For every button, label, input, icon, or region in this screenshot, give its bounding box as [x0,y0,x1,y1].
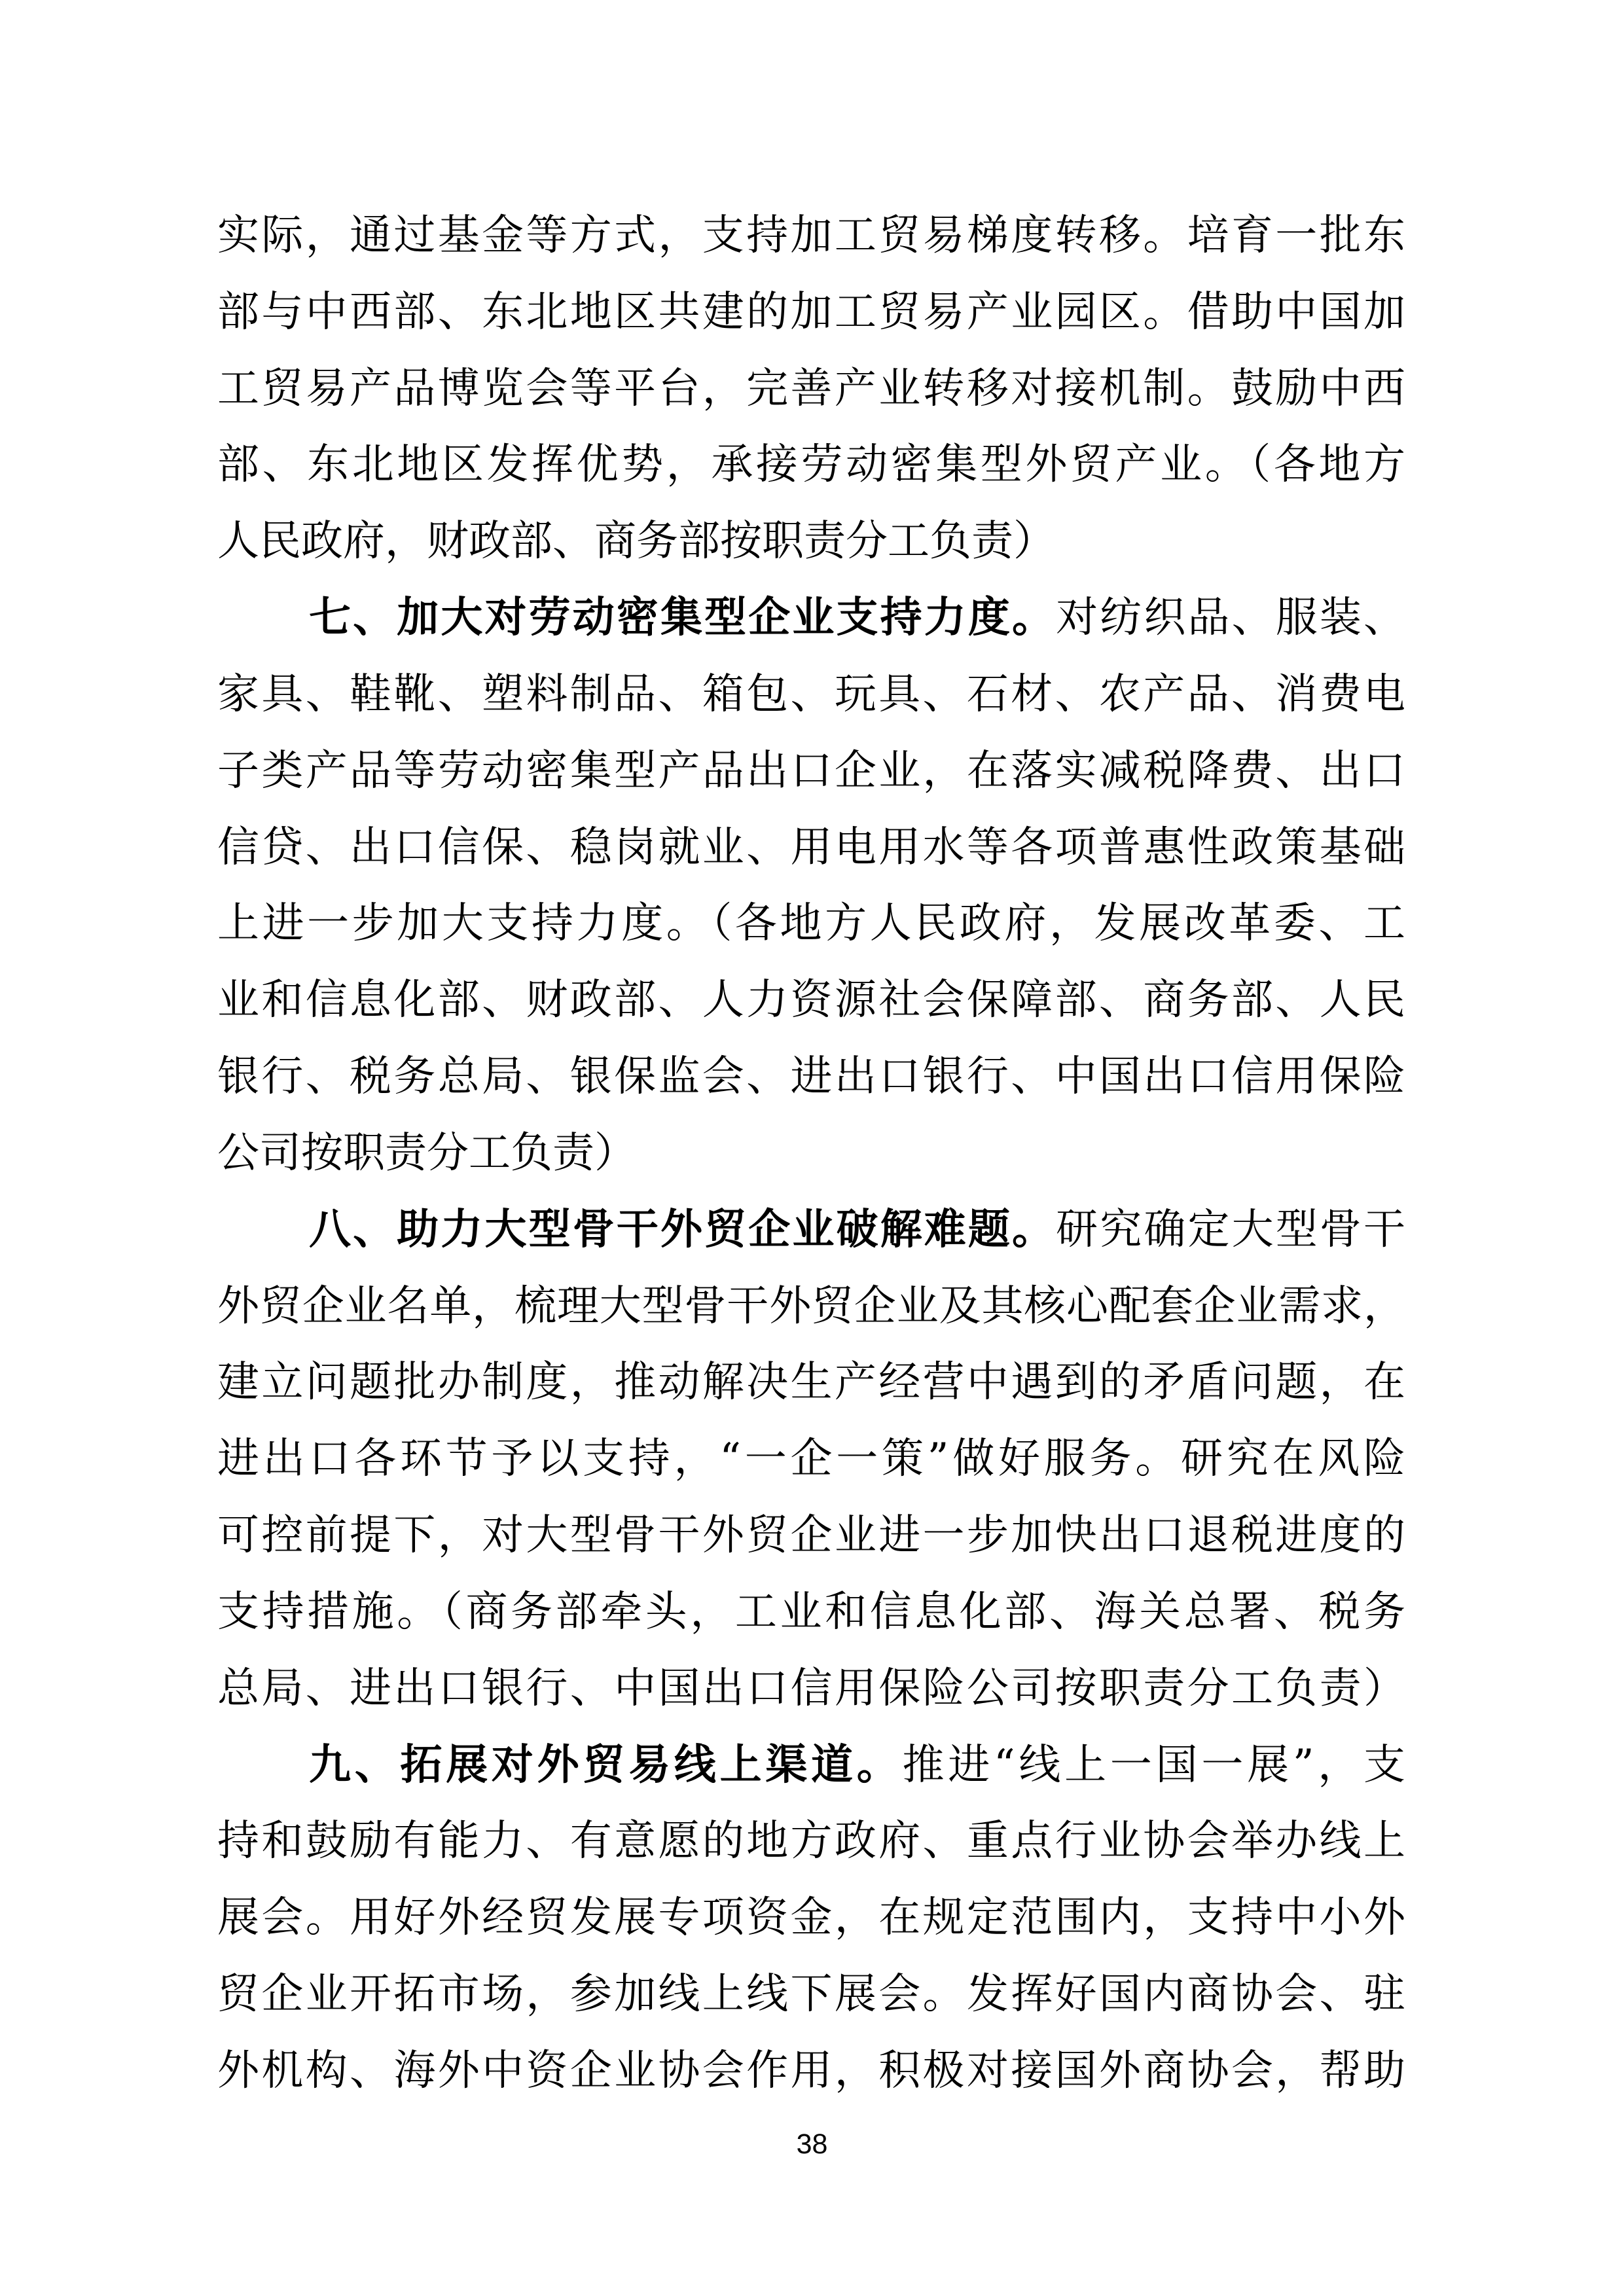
text-line: 总局、进出口银行、中国出口信用保险公司按职责分工负责） [217,1651,1405,1727]
text-line: 八、助力大型骨干外贸企业破解难题。研究确定大型骨干 [217,1192,1405,1268]
text-line: 支持措施。（商务部牵头，工业和信息化部、海关总署、税务 [217,1574,1405,1651]
text-line: 七、加大对劳动密集型企业支持力度。对纺织品、服装、 [217,580,1405,656]
text-line: 子类产品等劳动密集型产品出口企业，在落实减税降费、出口 [217,733,1405,810]
text-line: 外贸企业名单，梳理大型骨干外贸企业及其核心配套企业需求， [217,1268,1405,1345]
text-line: 家具、鞋靴、塑料制品、箱包、玩具、石材、农产品、消费电 [217,656,1405,733]
text-line: 业和信息化部、财政部、人力资源社会保障部、商务部、人民 [217,962,1405,1039]
text-line: 可控前提下，对大型骨干外贸企业进一步加快出口退税进度的 [217,1498,1405,1574]
text-line: 部、东北地区发挥优势，承接劳动密集型外贸产业。（各地方 [217,427,1405,503]
text-line: 进出口各环节予以支持，“一企一策”做好服务。研究在风险 [217,1421,1405,1498]
text-line: 展会。用好外经贸发展专项资金，在规定范围内，支持中小外 [217,1880,1405,1956]
text-line: 九、拓展对外贸易线上渠道。推进“线上一国一展”，支 [217,1727,1405,1804]
text-line: 信贷、出口信保、稳岗就业、用电用水等各项普惠性政策基础 [217,810,1405,886]
text-line: 银行、税务总局、银保监会、进出口银行、中国出口信用保险 [217,1039,1405,1115]
paragraph-heading-rest: 对纺织品、服装、 [1056,594,1405,642]
text-line: 部与中西部、东北地区共建的加工贸易产业园区。借助中国加 [217,274,1405,351]
paragraph-item-7: 七、加大对劳动密集型企业支持力度。对纺织品、服装、 家具、鞋靴、塑料制品、箱包、… [217,580,1405,1192]
text-line: 建立问题批办制度，推动解决生产经营中遇到的矛盾问题，在 [217,1344,1405,1421]
paragraph-heading-rest: 研究确定大型骨干 [1056,1206,1405,1254]
text-line: 人民政府，财政部、商务部按职责分工负责） [217,503,1405,580]
text-line: 上进一步加大支持力度。（各地方人民政府，发展改革委、工 [217,886,1405,962]
text-line: 外机构、海外中资企业协会作用，积极对接国外商协会，帮助 [217,2033,1405,2109]
text-line: 贸企业开拓市场，参加线上线下展会。发挥好国内商协会、驻 [217,1956,1405,2033]
text-line: 工贸易产品博览会等平台，完善产业转移对接机制。鼓励中西 [217,351,1405,427]
text-line: 持和鼓励有能力、有意愿的地方政府、重点行业协会举办线上 [217,1803,1405,1880]
paragraph-continuation: 实际，通过基金等方式，支持加工贸易梯度转移。培育一批东 部与中西部、东北地区共建… [217,198,1405,580]
text-block: 实际，通过基金等方式，支持加工贸易梯度转移。培育一批东 部与中西部、东北地区共建… [217,198,1405,2109]
paragraph-item-9: 九、拓展对外贸易线上渠道。推进“线上一国一展”，支 持和鼓励有能力、有意愿的地方… [217,1727,1405,2109]
page-number: 38 [0,2129,1624,2160]
paragraph-heading: 七、加大对劳动密集型企业支持力度。 [309,593,1056,642]
text-line: 实际，通过基金等方式，支持加工贸易梯度转移。培育一批东 [217,198,1405,274]
text-line: 公司按职责分工负责） [217,1115,1405,1192]
document-page: 实际，通过基金等方式，支持加工贸易梯度转移。培育一批东 部与中西部、东北地区共建… [0,0,1624,2296]
paragraph-heading-rest: 推进“线上一国一展”，支 [903,1741,1405,1789]
paragraph-heading: 九、拓展对外贸易线上渠道。 [309,1740,903,1789]
paragraph-heading: 八、助力大型骨干外贸企业破解难题。 [309,1205,1056,1254]
paragraph-item-8: 八、助力大型骨干外贸企业破解难题。研究确定大型骨干 外贸企业名单，梳理大型骨干外… [217,1192,1405,1727]
